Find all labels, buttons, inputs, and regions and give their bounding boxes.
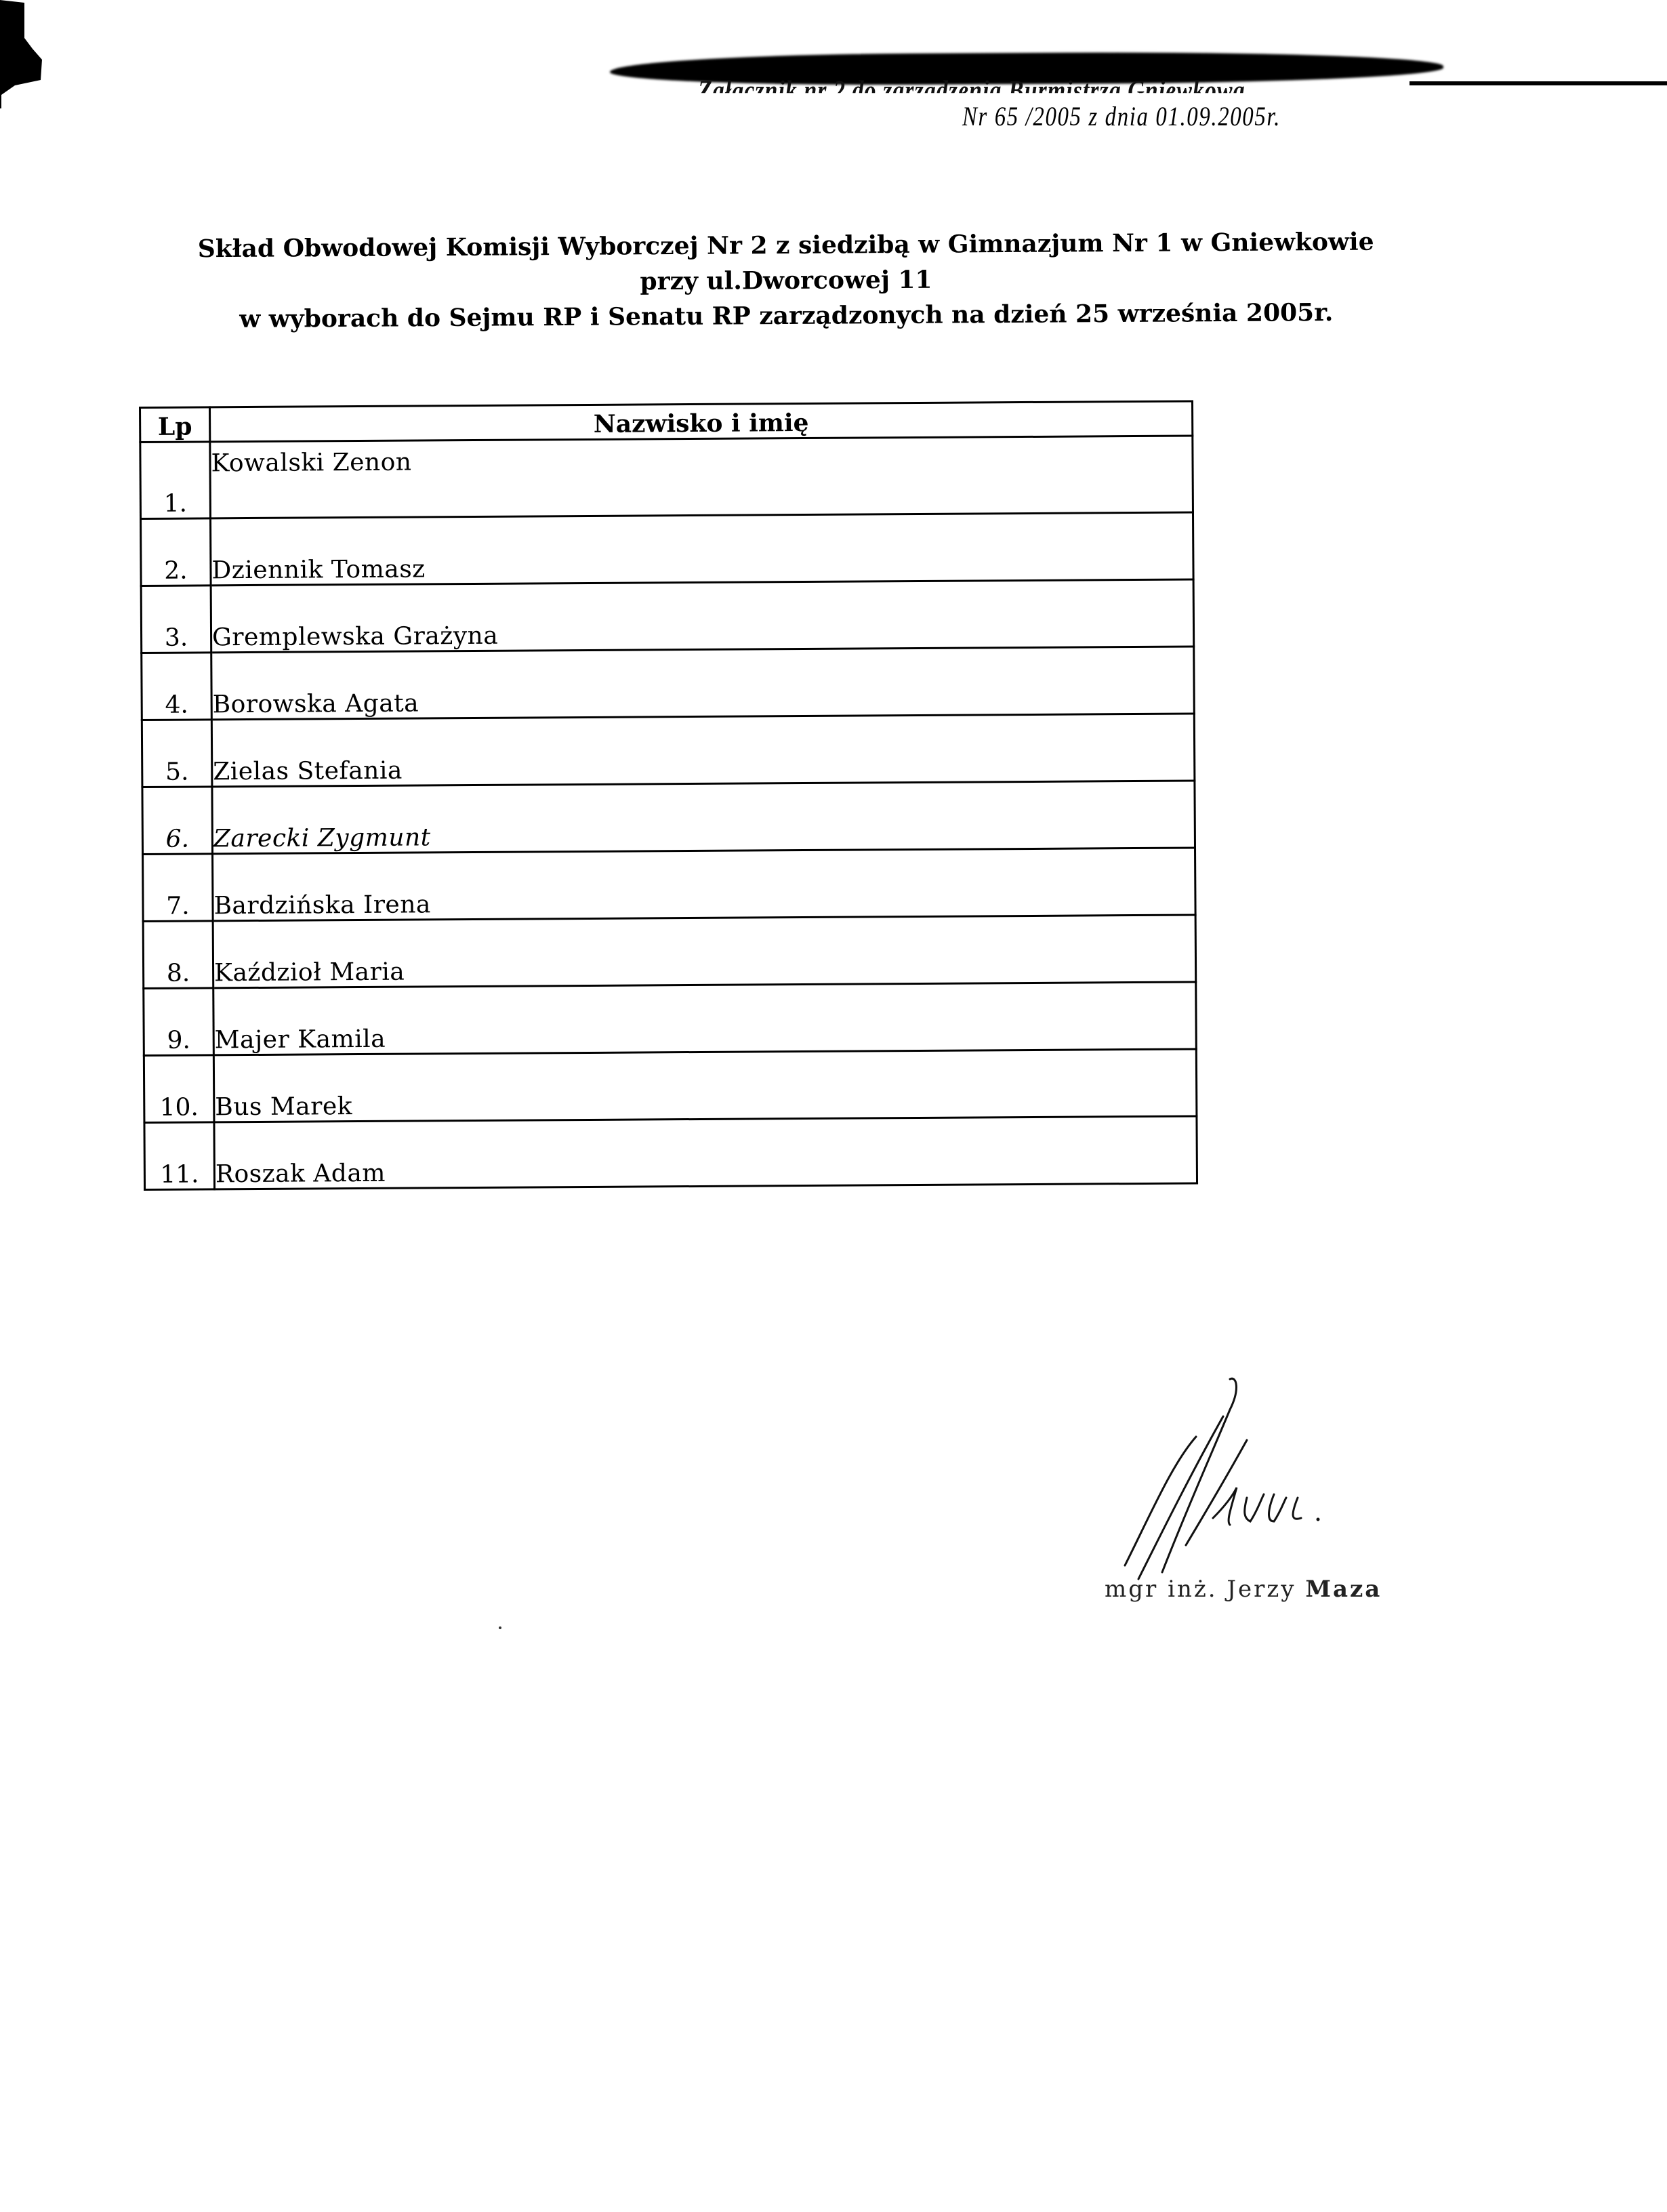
column-header-name: Nazwisko i imię (210, 401, 1193, 442)
signatory-title: mgr inż. Jerzy (1105, 1576, 1296, 1603)
table-row: 6.Zarecki Zygmunt (142, 781, 1195, 854)
row-number: 9. (144, 988, 214, 1056)
member-name: Gremplewska Grażyna (211, 579, 1194, 653)
table-row: 9.Majer Kamila (144, 982, 1197, 1055)
table-row: 1.Kowalski Zenon (140, 436, 1193, 518)
table-row: 4.Borowska Agata (142, 647, 1195, 720)
signatory-surname: Maza (1305, 1576, 1382, 1603)
member-name: Borowska Agata (211, 647, 1195, 720)
row-number: 2. (141, 518, 211, 586)
member-name: Kaździoł Maria (213, 915, 1196, 988)
row-number: 7. (143, 854, 213, 922)
table-row: 3.Gremplewska Grażyna (141, 579, 1194, 653)
column-header-lp: Lp (140, 407, 210, 443)
members-table: Lp Nazwisko i imię 1.Kowalski Zenon2.Dzi… (139, 400, 1198, 1190)
table-row: 8.Kaździoł Maria (143, 915, 1196, 988)
member-name: Zielas Stefania (211, 714, 1195, 787)
row-number: 3. (141, 586, 211, 653)
row-number: 10. (144, 1055, 214, 1123)
table-header-row: Lp Nazwisko i imię (140, 401, 1193, 442)
member-name: Dziennik Tomasz (211, 512, 1194, 586)
member-name: Roszak Adam (214, 1116, 1197, 1189)
scan-speck (499, 1626, 501, 1629)
handwritten-signature (1111, 1376, 1396, 1593)
header-rule (1409, 81, 1667, 85)
table-row: 2.Dziennik Tomasz (141, 512, 1194, 586)
row-number: 11. (144, 1122, 215, 1190)
scan-artifact-clip-shadow (0, 0, 43, 108)
member-name: Zarecki Zygmunt (212, 781, 1195, 854)
table-row: 7.Bardzińska Irena (143, 848, 1196, 921)
table-row: 11.Roszak Adam (144, 1116, 1197, 1189)
member-name: Majer Kamila (213, 982, 1197, 1055)
members-table-wrap: Lp Nazwisko i imię 1.Kowalski Zenon2.Dzi… (139, 400, 1198, 1190)
table-row: 10.Bus Marek (144, 1049, 1197, 1122)
row-number: 1. (140, 442, 211, 519)
row-number: 6. (142, 787, 213, 855)
member-name: Bus Marek (213, 1049, 1197, 1122)
table-body: 1.Kowalski Zenon2.Dziennik Tomasz3.Gremp… (140, 436, 1197, 1189)
row-number: 8. (143, 921, 213, 989)
title-line-3: w wyborach do Sejmu RP i Senatu RP zarzą… (122, 294, 1450, 337)
row-number: 4. (142, 653, 212, 720)
row-number: 5. (142, 720, 212, 787)
table-row: 5.Zielas Stefania (142, 714, 1195, 787)
member-name: Bardzińska Irena (213, 848, 1196, 921)
member-name: Kowalski Zenon (210, 436, 1193, 518)
signatory-name: mgr inż. Jerzy Maza (1105, 1576, 1382, 1603)
document-title: Skład Obwodowej Komisji Wyborczej Nr 2 z… (122, 224, 1451, 337)
order-reference: Nr 65 /2005 z dnia 01.09.2005r. (962, 100, 1281, 132)
